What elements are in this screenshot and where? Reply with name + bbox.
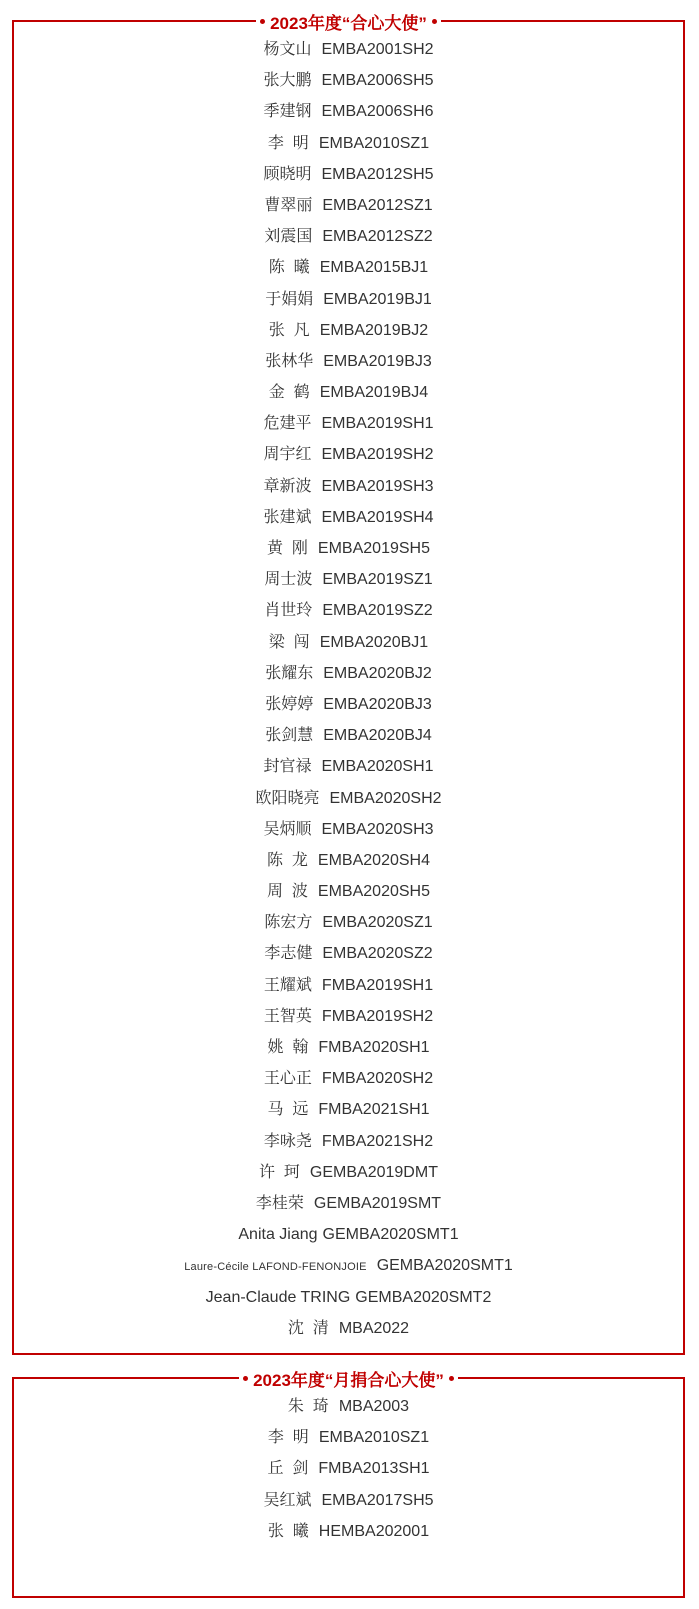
member-name: 黄 刚: [267, 540, 308, 557]
member-name: 刘震国: [264, 228, 312, 245]
member-name: 吴炳顺: [263, 821, 311, 838]
member-class: EMBA2020BJ3: [323, 696, 432, 713]
member-class: EMBA2020BJ2: [323, 665, 432, 682]
list-item: 张耀东EMBA2020BJ2: [14, 658, 683, 689]
member-name: 季建钢: [263, 103, 311, 120]
list-item: 李志健EMBA2020SZ2: [14, 938, 683, 969]
member-class: EMBA2020SH1: [321, 758, 433, 775]
member-name: 朱 琦: [288, 1398, 329, 1415]
member-name: 张林华: [265, 353, 313, 370]
member-class: EMBA2020SH2: [329, 790, 441, 807]
list-item: 李咏尧FMBA2021SH2: [14, 1126, 683, 1157]
list-item: Anita JiangGEMBA2020SMT1: [14, 1219, 683, 1250]
member-class: GEMBA2019SMT: [314, 1195, 441, 1212]
member-class: EMBA2020SH5: [318, 883, 430, 900]
list-item: 刘震国EMBA2012SZ2: [14, 221, 683, 252]
member-name: 李志健: [264, 945, 312, 962]
member-class: MBA2022: [339, 1320, 409, 1337]
list-item: 张建斌EMBA2019SH4: [14, 502, 683, 533]
member-class: FMBA2021SH2: [322, 1133, 433, 1150]
section-title-wrapper: 2023年度“月捐合心大使”: [239, 1366, 458, 1391]
list-item: 吴炳顺EMBA2020SH3: [14, 814, 683, 845]
member-class: EMBA2020SZ1: [322, 914, 432, 931]
list-item: 朱 琦MBA2003: [14, 1391, 683, 1422]
list-item: 张 曦HEMBA202001: [14, 1516, 683, 1547]
right-dot-icon: [449, 1376, 454, 1381]
list-item: 顾晓明EMBA2012SH5: [14, 159, 683, 190]
ambassador-list-box: 2023年度“合心大使” 杨文山EMBA2001SH2张大鹏EMBA2006SH…: [12, 20, 685, 1355]
member-name: 李 明: [268, 1429, 309, 1446]
list-item: 周士波EMBA2019SZ1: [14, 564, 683, 595]
member-class: EMBA2019SZ2: [322, 602, 432, 619]
member-class: EMBA2020SH4: [318, 852, 430, 869]
monthly-ambassador-list-box: 2023年度“月捐合心大使” 朱 琦MBA2003李 明EMBA2010SZ1丘…: [12, 1377, 685, 1598]
member-class: GEMBA2020SMT1: [323, 1226, 459, 1243]
member-name: 吴红斌: [263, 1492, 311, 1509]
member-name: 张大鹏: [263, 72, 311, 89]
member-name: 张建斌: [263, 509, 311, 526]
member-class: EMBA2010SZ1: [319, 135, 429, 152]
member-name: 章新波: [263, 478, 311, 495]
member-name: 周宇红: [263, 446, 311, 463]
left-dot-icon: [260, 19, 265, 24]
list-item: 梁 闯EMBA2020BJ1: [14, 627, 683, 658]
member-class: EMBA2001SH2: [321, 41, 433, 58]
member-class: GEMBA2019DMT: [310, 1164, 438, 1181]
list-item: 周宇红EMBA2019SH2: [14, 439, 683, 470]
list-item: 丘 剑FMBA2013SH1: [14, 1453, 683, 1484]
member-name: 陈 曦: [269, 259, 310, 276]
member-name: 周 波: [267, 883, 308, 900]
member-name: 王心正: [264, 1070, 312, 1087]
section-title-bar: 2023年度“月捐合心大使”: [14, 1367, 683, 1389]
list-item: 许 珂GEMBA2019DMT: [14, 1157, 683, 1188]
member-name: 梁 闯: [269, 634, 310, 651]
member-name: 杨文山: [263, 41, 311, 58]
list-item: 封官禄EMBA2020SH1: [14, 751, 683, 782]
section-title-bar: 2023年度“合心大使”: [14, 10, 683, 32]
member-name: 王耀斌: [264, 977, 312, 994]
member-name: 李 明: [268, 135, 309, 152]
list-item: 陈宏方EMBA2020SZ1: [14, 907, 683, 938]
list-item: 于娟娟EMBA2019BJ1: [14, 284, 683, 315]
monthly-ambassador-list: 朱 琦MBA2003李 明EMBA2010SZ1丘 剑FMBA2013SH1吴红…: [14, 1391, 683, 1547]
member-name: 张剑慧: [265, 727, 313, 744]
member-class: EMBA2019SH2: [321, 446, 433, 463]
list-item: 季建钢EMBA2006SH6: [14, 96, 683, 127]
list-item: 王耀斌FMBA2019SH1: [14, 970, 683, 1001]
list-item: 沈 清MBA2022: [14, 1313, 683, 1344]
list-item: 陈 曦EMBA2015BJ1: [14, 252, 683, 283]
list-item: 危建平EMBA2019SH1: [14, 408, 683, 439]
member-name: 马 远: [267, 1101, 308, 1118]
member-name: 沈 清: [288, 1320, 329, 1337]
member-class: GEMBA2020SMT2: [355, 1289, 491, 1306]
list-item: 李桂荣GEMBA2019SMT: [14, 1188, 683, 1219]
member-name: 李桂荣: [256, 1195, 304, 1212]
member-class: EMBA2019BJ3: [323, 353, 432, 370]
member-class: EMBA2019BJ4: [320, 384, 429, 401]
member-class: EMBA2019BJ2: [320, 322, 429, 339]
list-item: 张大鹏EMBA2006SH5: [14, 65, 683, 96]
list-item: 欧阳晓亮EMBA2020SH2: [14, 783, 683, 814]
list-item: 金 鹤EMBA2019BJ4: [14, 377, 683, 408]
member-class: EMBA2019SH4: [321, 509, 433, 526]
member-class: EMBA2017SH5: [321, 1492, 433, 1509]
member-name: 张婷婷: [265, 696, 313, 713]
member-name: 丘 剑: [267, 1460, 308, 1477]
list-item: 杨文山EMBA2001SH2: [14, 34, 683, 65]
member-class: EMBA2006SH5: [321, 72, 433, 89]
member-class: EMBA2020BJ1: [320, 634, 429, 651]
list-item: 王心正FMBA2020SH2: [14, 1063, 683, 1094]
member-class: EMBA2019SH5: [318, 540, 430, 557]
member-class: EMBA2006SH6: [321, 103, 433, 120]
member-name: 姚 翰: [267, 1039, 308, 1056]
member-name: Jean-Claude TRING: [206, 1289, 351, 1306]
list-item: 张剑慧EMBA2020BJ4: [14, 720, 683, 751]
member-class: FMBA2019SH1: [322, 977, 433, 994]
member-class: EMBA2020SZ2: [322, 945, 432, 962]
section-title: 2023年度“月捐合心大使”: [253, 1366, 444, 1391]
list-item: 肖世玲EMBA2019SZ2: [14, 595, 683, 626]
member-name: 李咏尧: [264, 1133, 312, 1150]
member-name: 顾晓明: [263, 166, 311, 183]
member-name: 欧阳晓亮: [255, 790, 319, 807]
member-class: FMBA2021SH1: [318, 1101, 429, 1118]
right-dot-icon: [432, 19, 437, 24]
member-class: EMBA2020SH3: [321, 821, 433, 838]
list-item: 吴红斌EMBA2017SH5: [14, 1485, 683, 1516]
member-class: EMBA2019BJ1: [323, 291, 432, 308]
member-class: EMBA2012SZ2: [322, 228, 432, 245]
member-class: FMBA2020SH2: [322, 1070, 433, 1087]
member-name: 封官禄: [263, 758, 311, 775]
list-item: 王智英FMBA2019SH2: [14, 1001, 683, 1032]
member-name: Anita Jiang: [238, 1226, 317, 1243]
member-class: EMBA2019SZ1: [322, 571, 432, 588]
list-item: Jean-Claude TRINGGEMBA2020SMT2: [14, 1282, 683, 1313]
member-class: EMBA2019SH3: [321, 478, 433, 495]
member-name: 于娟娟: [265, 291, 313, 308]
list-item: 章新波EMBA2019SH3: [14, 471, 683, 502]
section-title: 2023年度“合心大使”: [270, 9, 427, 34]
member-name: 张 凡: [269, 322, 310, 339]
member-name: 危建平: [263, 415, 311, 432]
list-item: 马 远FMBA2021SH1: [14, 1094, 683, 1125]
list-item: 李 明EMBA2010SZ1: [14, 1422, 683, 1453]
member-class: EMBA2019SH1: [321, 415, 433, 432]
list-item: 张婷婷EMBA2020BJ3: [14, 689, 683, 720]
left-dot-icon: [243, 1376, 248, 1381]
member-class: FMBA2013SH1: [318, 1460, 429, 1477]
member-name: 张耀东: [265, 665, 313, 682]
list-item: 李 明EMBA2010SZ1: [14, 128, 683, 159]
list-item: 周 波EMBA2020SH5: [14, 876, 683, 907]
member-class: EMBA2015BJ1: [320, 259, 429, 276]
member-class: EMBA2010SZ1: [319, 1429, 429, 1446]
list-item: 陈 龙EMBA2020SH4: [14, 845, 683, 876]
list-item: 曹翠丽EMBA2012SZ1: [14, 190, 683, 221]
member-name: 王智英: [264, 1008, 312, 1025]
member-class: MBA2003: [339, 1398, 409, 1415]
member-class: GEMBA2020SMT1: [377, 1257, 513, 1274]
list-item: 张 凡EMBA2019BJ2: [14, 315, 683, 346]
member-name: Laure-Cécile LAFOND-FENONJOIE: [184, 1261, 366, 1273]
member-class: FMBA2019SH2: [322, 1008, 433, 1025]
member-name: 许 珂: [259, 1164, 300, 1181]
member-class: EMBA2012SH5: [321, 166, 433, 183]
list-item: 黄 刚EMBA2019SH5: [14, 533, 683, 564]
member-class: FMBA2020SH1: [318, 1039, 429, 1056]
list-item: Laure-Cécile LAFOND-FENONJOIEGEMBA2020SM…: [14, 1250, 683, 1281]
member-name: 周士波: [264, 571, 312, 588]
list-item: 张林华EMBA2019BJ3: [14, 346, 683, 377]
member-class: EMBA2012SZ1: [322, 197, 432, 214]
member-name: 陈 龙: [267, 852, 308, 869]
member-class: HEMBA202001: [319, 1523, 429, 1540]
list-item: 姚 翰FMBA2020SH1: [14, 1032, 683, 1063]
member-class: EMBA2020BJ4: [323, 727, 432, 744]
section-title-wrapper: 2023年度“合心大使”: [256, 9, 441, 34]
ambassador-list: 杨文山EMBA2001SH2张大鹏EMBA2006SH5季建钢EMBA2006S…: [14, 34, 683, 1344]
member-name: 陈宏方: [264, 914, 312, 931]
member-name: 张 曦: [268, 1523, 309, 1540]
member-name: 曹翠丽: [264, 197, 312, 214]
member-name: 金 鹤: [269, 384, 310, 401]
member-name: 肖世玲: [264, 602, 312, 619]
